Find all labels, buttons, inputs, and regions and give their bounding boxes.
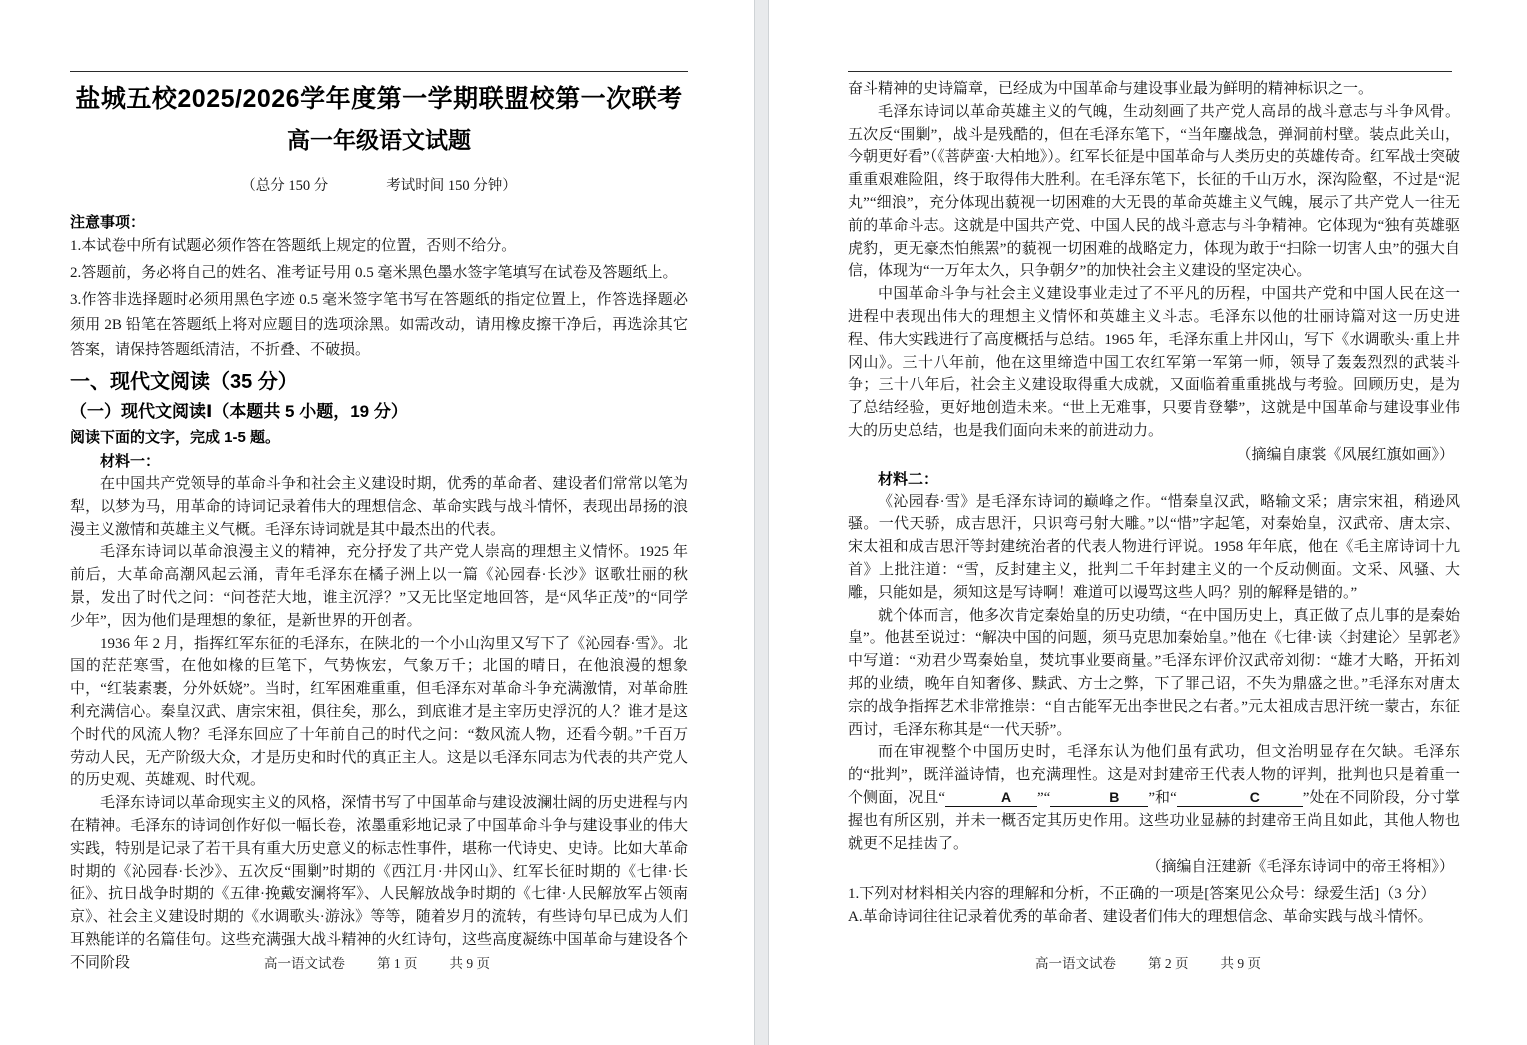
page-1-content: 盐城五校2025/2026学年度第一学期联盟校第一次联考 高一年级语文试题 （总… xyxy=(70,80,688,975)
page-2-header-rule xyxy=(848,71,1452,72)
notice-item-1: 1.本试卷中所有试题必须作答在答题纸上规定的位置，否则不给分。 xyxy=(70,234,688,259)
material-1-paragraph-continued: 奋斗精神的史诗篇章，已经成为中国革命与建设事业最为鲜明的精神标识之一。 xyxy=(848,78,1460,101)
material-2-paragraph: 就个体而言，他多次肯定秦始皇的历史功绩，“在中国历史上，真正做了点儿事的是秦始皇… xyxy=(848,605,1460,742)
question-1: 1.下列对材料相关内容的理解和分析，不正确的一项是[答案见公众号：绿爱生活]（3… xyxy=(848,883,1460,906)
exam-title: 盐城五校2025/2026学年度第一学期联盟校第一次联考 xyxy=(70,82,688,116)
footer-page-total: 共 9 页 xyxy=(450,956,491,971)
material-1-paragraph: 毛泽东诗词以革命英雄主义的气魄，生动刻画了共产党人高昂的战斗意志与斗争风骨。五次… xyxy=(848,101,1460,283)
exam-page-2: 奋斗精神的史诗篇章，已经成为中国革命与建设事业最为鲜明的精神标识之一。 毛泽东诗… xyxy=(769,0,1527,1045)
page-2-content: 奋斗精神的史诗篇章，已经成为中国革命与建设事业最为鲜明的精神标识之一。 毛泽东诗… xyxy=(848,78,1460,929)
material-1-paragraph: 1936 年 2 月，指挥红军东征的毛泽东，在陕北的一个小山沟里又写下了《沁园春… xyxy=(70,633,688,793)
notice-item-3: 3.作答非选择题时必须用黑色字迹 0.5 毫米签字笔书写在答题纸的指定位置上，作… xyxy=(70,288,688,363)
exam-total-score: （总分 150 分 xyxy=(241,178,328,194)
material-1-paragraph: 毛泽东诗词以革命浪漫主义的精神，充分抒发了共产党人崇高的理想主义情怀。1925 … xyxy=(70,541,688,632)
page-1-header-rule xyxy=(70,71,688,72)
question-1-option-a: A.革命诗词往往记录着优秀的革命者、建设者们伟大的理想信念、革命实践与战斗情怀。 xyxy=(848,906,1460,929)
material-2-attribution: （摘编自汪建新《毛泽东诗词中的帝王将相》） xyxy=(848,856,1460,879)
material-1-paragraph: 在中国共产党领导的革命斗争和社会主义建设时期，优秀的革命者、建设者们常常以笔为犁… xyxy=(70,473,688,541)
reading-instruction: 阅读下面的文字，完成 1-5 题。 xyxy=(70,426,688,449)
footer-exam-name: 高一语文试卷 xyxy=(264,956,345,971)
page-gutter xyxy=(754,0,769,1045)
footer-page-total: 共 9 页 xyxy=(1221,956,1262,971)
notice-title: 注意事项： xyxy=(70,211,688,232)
subsection-heading-reading-1: （一）现代文阅读Ⅰ（本题共 5 小题，19 分） xyxy=(70,399,688,424)
blank-para-text: ”和“ xyxy=(1148,790,1176,806)
page-2-footer: 高一语文试卷第 2 页共 9 页 xyxy=(769,952,1527,972)
section-heading-modern-reading: 一、现代文阅读（35 分） xyxy=(70,369,688,396)
material-2-paragraph-with-blanks: 而在审视整个中国历史时，毛泽东认为他们虽有武功，但文治明显存在欠缺。毛泽东的“批… xyxy=(848,741,1460,855)
document-viewer: { "exam": { "title": "盐城五校2025/2026学年度第一… xyxy=(0,0,1527,1045)
material-2-paragraph: 《沁园春·雪》是毛泽东诗词的巅峰之作。“惜秦皇汉武，略输文采；唐宗宋祖，稍逊风骚… xyxy=(848,491,1460,605)
fill-blank-a: A xyxy=(945,789,1037,807)
footer-exam-name: 高一语文试卷 xyxy=(1035,956,1116,971)
footer-page-number: 第 2 页 xyxy=(1148,956,1189,971)
exam-page-1: 盐城五校2025/2026学年度第一学期联盟校第一次联考 高一年级语文试题 （总… xyxy=(0,0,754,1045)
material-2-label: 材料二： xyxy=(848,469,1460,491)
page-1-footer: 高一语文试卷第 1 页共 9 页 xyxy=(0,952,754,972)
footer-page-number: 第 1 页 xyxy=(377,956,418,971)
exam-info-line: （总分 150 分考试时间 150 分钟） xyxy=(70,174,688,195)
exam-duration: 考试时间 150 分钟） xyxy=(386,178,517,194)
material-1-label: 材料一： xyxy=(70,451,688,473)
blank-para-text: ”“ xyxy=(1037,790,1050,806)
material-1-paragraph: 毛泽东诗词以革命现实主义的风格，深情书写了中国革命与建设波澜壮阔的历史进程与内在… xyxy=(70,792,688,974)
fill-blank-b: B xyxy=(1050,789,1148,807)
material-1-attribution: （摘编自康裳《风展红旗如画》） xyxy=(848,444,1460,467)
exam-subtitle: 高一年级语文试题 xyxy=(70,124,688,156)
fill-blank-c: C xyxy=(1177,789,1303,807)
notice-item-2: 2.答题前，务必将自己的姓名、准考证号用 0.5 毫米黑色墨水签字笔填写在试卷及… xyxy=(70,261,688,286)
material-1-paragraph: 中国革命斗争与社会主义建设事业走过了不平凡的历程，中国共产党和中国人民在这一进程… xyxy=(848,283,1460,443)
